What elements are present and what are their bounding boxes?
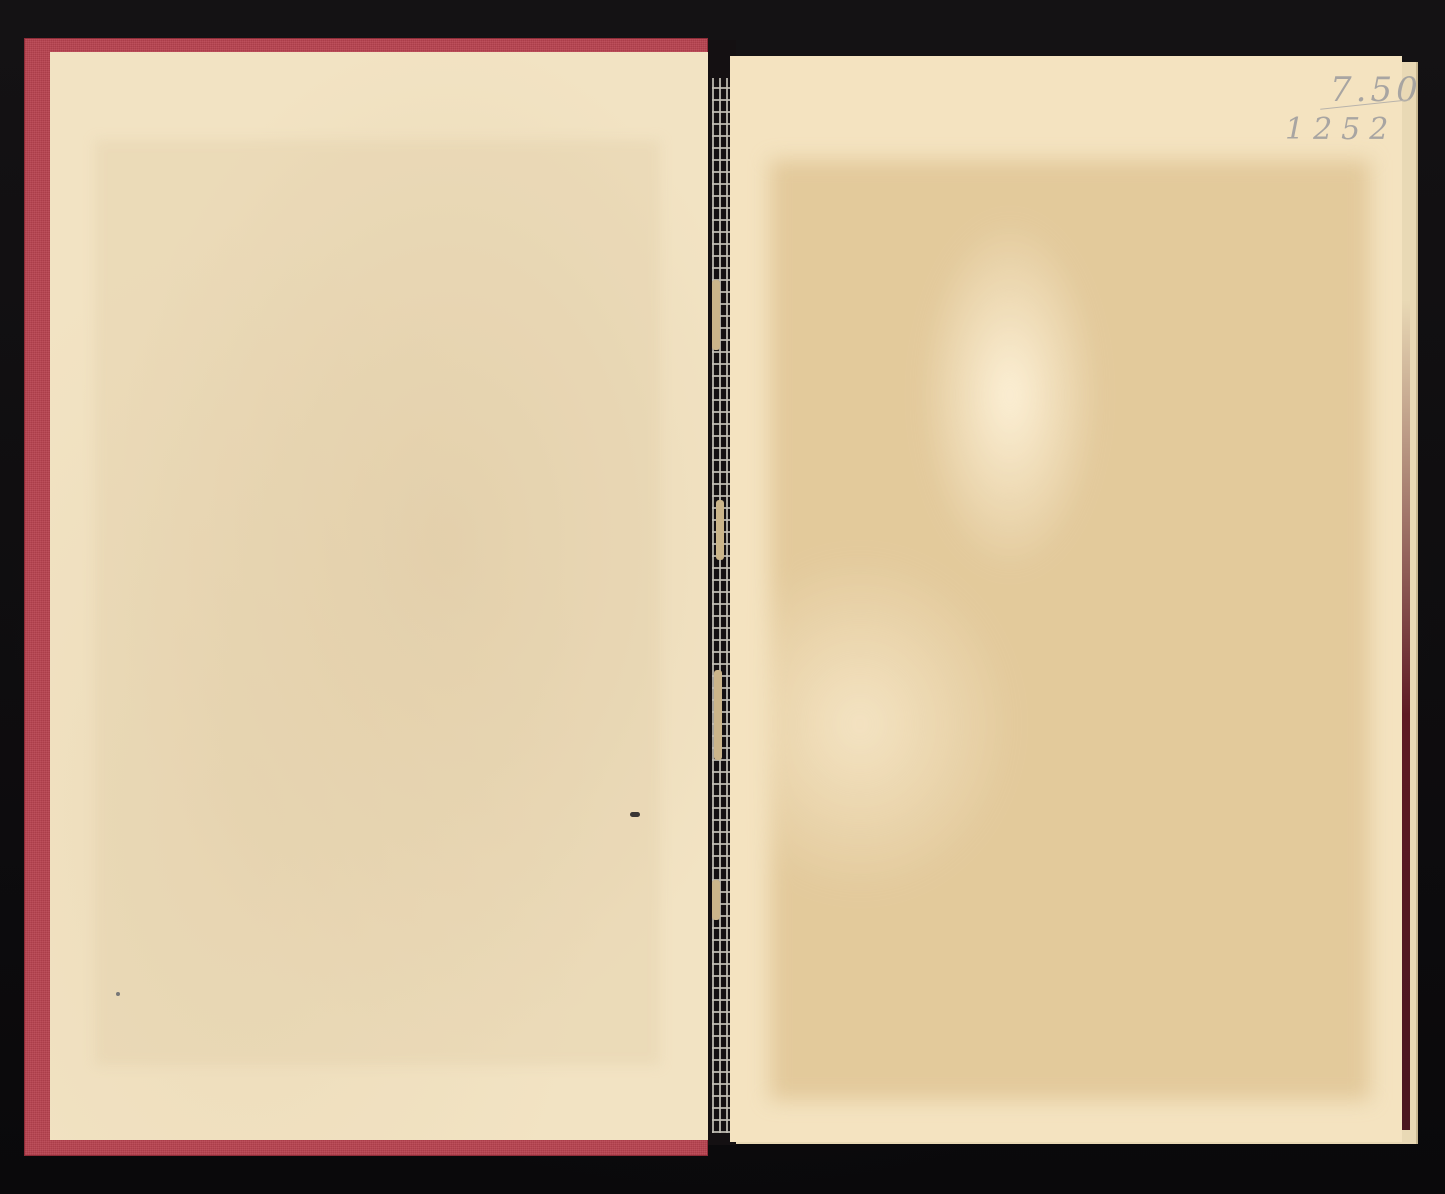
glue-strip: [712, 880, 720, 920]
glue-strip: [712, 280, 720, 350]
spine-binding-mesh: [712, 78, 732, 1133]
left-page-offset-stain: [95, 140, 660, 1065]
pencil-code-note: 1252: [1285, 112, 1397, 147]
pencil-price-note: 7.50: [1330, 70, 1422, 110]
glue-strip: [714, 670, 722, 760]
dust-speck: [116, 992, 120, 996]
ink-speck: [630, 812, 640, 817]
glue-strip: [716, 500, 724, 560]
back-cover-edge: [1402, 300, 1410, 1130]
right-page-foxing: [770, 160, 1370, 1100]
